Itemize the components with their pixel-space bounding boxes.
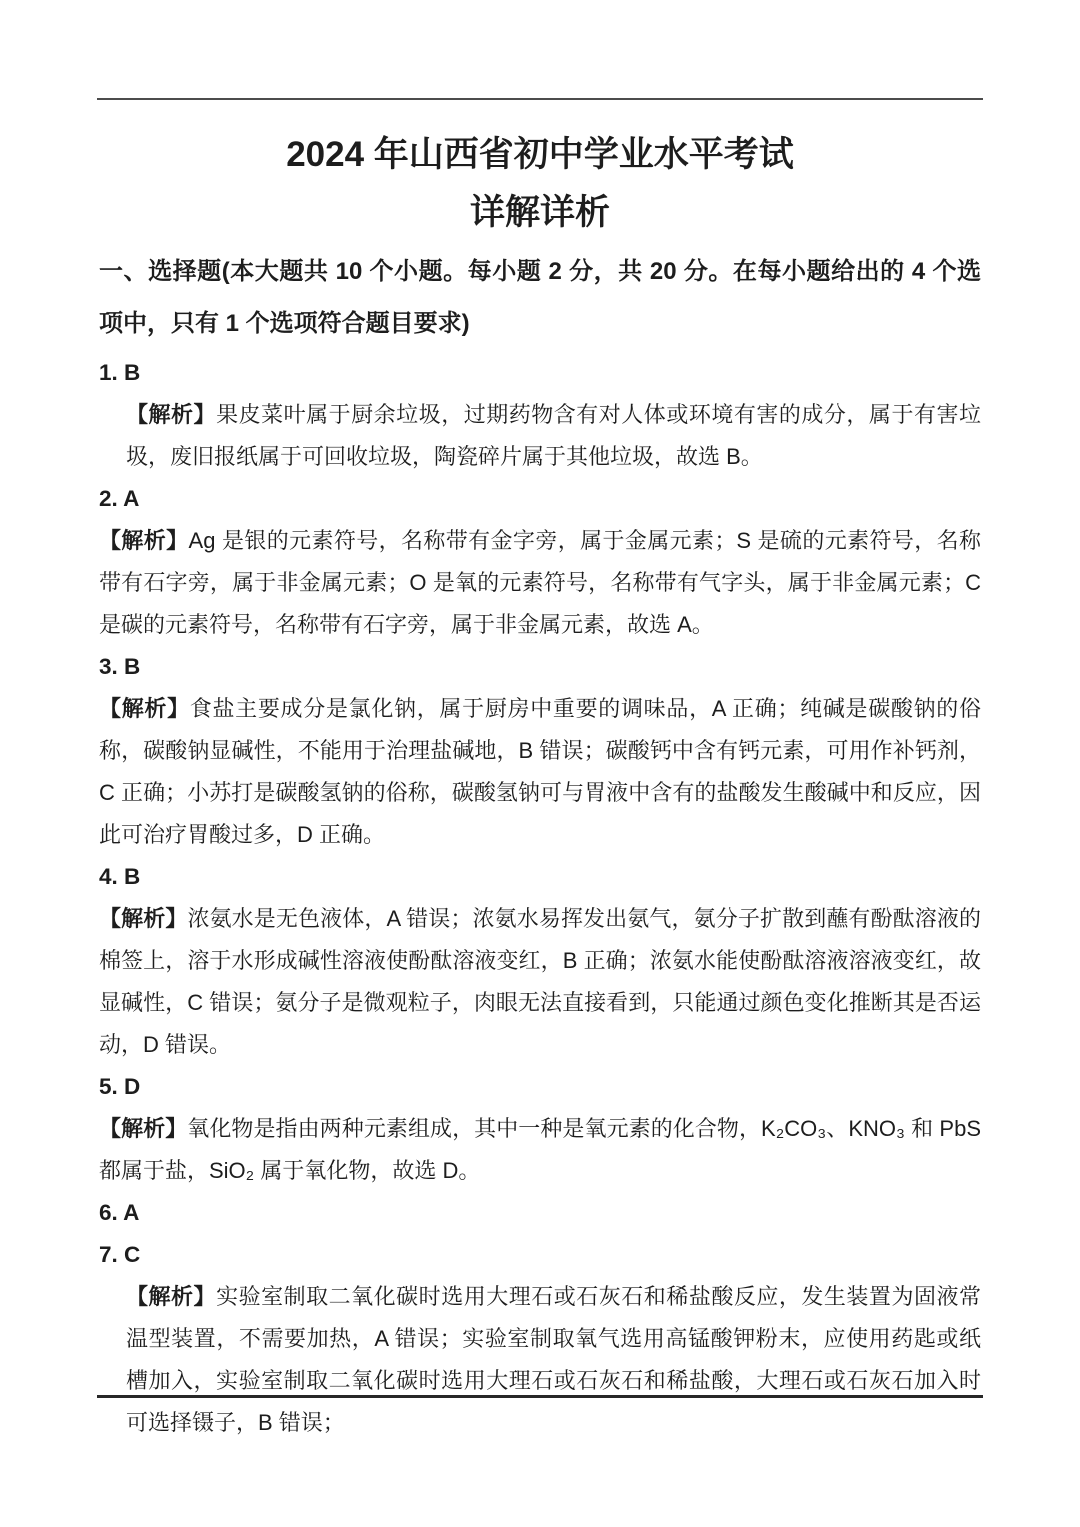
- explanation-paragraph: 【解析】实验室制取二氧化碳时选用大理石或石灰石和稀盐酸反应，发生装置为固液常温型…: [99, 1276, 981, 1444]
- answer-line: 6. A: [99, 1192, 981, 1234]
- analysis-label: 【解析】: [99, 528, 189, 553]
- analysis-label: 【解析】: [126, 402, 216, 427]
- questions-list: 1. B【解析】果皮菜叶属于厨余垃圾，过期药物含有对人体或环境有害的成分，属于有…: [99, 352, 981, 1444]
- explanation-text: 浓氨水是无色液体，A 错误；浓氨水易挥发出氨气，氨分子扩散到蘸有酚酞溶液的棉签上…: [99, 906, 981, 1057]
- answer-line: 7. C: [99, 1234, 981, 1276]
- answer-line: 4. B: [99, 856, 981, 898]
- section-heading: 一、选择题(本大题共 10 个小题。每小题 2 分，共 20 分。在每小题给出的…: [99, 246, 981, 350]
- answer-line: 5. D: [99, 1066, 981, 1108]
- analysis-label: 【解析】: [99, 906, 187, 931]
- explanation-paragraph: 【解析】食盐主要成分是氯化钠，属于厨房中重要的调味品，A 正确；纯碱是碳酸钠的俗…: [99, 688, 981, 856]
- bottom-divider: [97, 1395, 983, 1398]
- document-subtitle: 详解详析: [0, 190, 1080, 236]
- analysis-label: 【解析】: [99, 1116, 187, 1141]
- explanation-text: 氧化物是指由两种元素组成，其中一种是氧元素的化合物，K₂CO₃、KNO₃ 和 P…: [99, 1116, 981, 1183]
- top-divider: [97, 98, 983, 100]
- answer-line: 2. A: [99, 478, 981, 520]
- explanation-paragraph: 【解析】果皮菜叶属于厨余垃圾，过期药物含有对人体或环境有害的成分，属于有害垃圾，…: [99, 394, 981, 478]
- explanation-text: Ag 是银的元素符号，名称带有金字旁，属于金属元素；S 是硫的元素符号，名称带有…: [99, 528, 981, 637]
- analysis-label: 【解析】: [99, 696, 190, 721]
- answer-line: 3. B: [99, 646, 981, 688]
- explanation-text: 食盐主要成分是氯化钠，属于厨房中重要的调味品，A 正确；纯碱是碳酸钠的俗称，碳酸…: [99, 696, 981, 847]
- document-title: 2024 年山西省初中学业水平考试: [0, 132, 1080, 178]
- answer-line: 1. B: [99, 352, 981, 394]
- explanation-text: 实验室制取二氧化碳时选用大理石或石灰石和稀盐酸反应，发生装置为固液常温型装置，不…: [126, 1284, 981, 1435]
- document-page: 2024 年山西省初中学业水平考试 详解详析 一、选择题(本大题共 10 个小题…: [0, 0, 1080, 1527]
- explanation-text: 果皮菜叶属于厨余垃圾，过期药物含有对人体或环境有害的成分，属于有害垃圾，废旧报纸…: [126, 402, 981, 469]
- explanation-paragraph: 【解析】氧化物是指由两种元素组成，其中一种是氧元素的化合物，K₂CO₃、KNO₃…: [99, 1108, 981, 1192]
- analysis-label: 【解析】: [126, 1284, 216, 1309]
- explanation-paragraph: 【解析】Ag 是银的元素符号，名称带有金字旁，属于金属元素；S 是硫的元素符号，…: [99, 520, 981, 646]
- explanation-paragraph: 【解析】浓氨水是无色液体，A 错误；浓氨水易挥发出氨气，氨分子扩散到蘸有酚酞溶液…: [99, 898, 981, 1066]
